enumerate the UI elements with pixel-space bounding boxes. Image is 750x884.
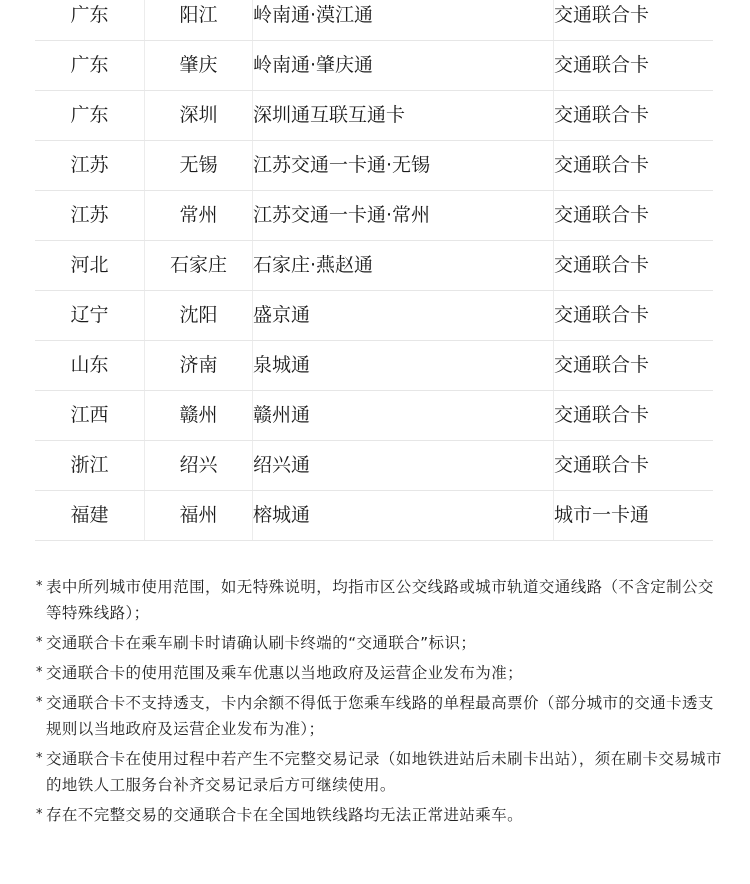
table-row: 广东 深圳 深圳通互联互通卡 交通联合卡 [35,91,713,141]
asterisk-marker: * [36,574,46,600]
province-cell: 江苏 [35,141,145,191]
province-cell: 辽宁 [35,291,145,341]
card-type-cell: 交通联合卡 [554,191,714,241]
province-cell: 福建 [35,491,145,541]
table-row: 江苏 无锡 江苏交通一卡通·无锡 交通联合卡 [35,141,713,191]
card-type-cell: 交通联合卡 [554,91,714,141]
table-row: 山东 济南 泉城通 交通联合卡 [35,341,713,391]
card-name-cell: 绍兴通 [253,441,554,491]
city-cell: 石家庄 [145,241,253,291]
city-cell: 阳江 [145,0,253,41]
card-type-cell: 交通联合卡 [554,341,714,391]
note-text: 交通联合卡的使用范围及乘车优惠以当地政府及运营企业发布为准； [46,664,523,682]
note-item: *表中所列城市使用范围，如无特殊说明，均指市区公交线路或城市轨道交通线路（不含定… [36,574,726,626]
note-item: *交通联合卡不支持透支，卡内余额不得低于您乘车线路的单程最高票价（部分城市的交通… [36,690,726,742]
note-text: 存在不完整交易的交通联合卡在全国地铁线路均无法正常进站乘车。 [46,806,523,824]
card-type-cell: 交通联合卡 [554,291,714,341]
province-cell: 江西 [35,391,145,441]
asterisk-marker: * [36,802,46,828]
note-text: 表中所列城市使用范围，如无特殊说明，均指市区公交线路或城市轨道交通线路（不含定制… [46,578,714,622]
card-type-cell: 交通联合卡 [554,0,714,41]
card-type-cell: 交通联合卡 [554,441,714,491]
card-type-cell: 交通联合卡 [554,41,714,91]
table-row: 辽宁 沈阳 盛京通 交通联合卡 [35,291,713,341]
card-name-cell: 盛京通 [253,291,554,341]
card-type-cell: 城市一卡通 [554,491,714,541]
notes-section: *表中所列城市使用范围，如无特殊说明，均指市区公交线路或城市轨道交通线路（不含定… [36,574,726,832]
card-city-table: 广东 阳江 岭南通·漠江通 交通联合卡 广东 肇庆 岭南通·肇庆通 交通联合卡 … [35,0,713,541]
city-cell: 常州 [145,191,253,241]
table-row: 江西 赣州 赣州通 交通联合卡 [35,391,713,441]
note-item: *交通联合卡在使用过程中若产生不完整交易记录（如地铁进站后未刷卡出站），须在刷卡… [36,746,726,798]
table-row: 广东 阳江 岭南通·漠江通 交通联合卡 [35,0,713,41]
city-cell: 肇庆 [145,41,253,91]
city-cell: 福州 [145,491,253,541]
province-cell: 广东 [35,0,145,41]
province-cell: 浙江 [35,441,145,491]
province-cell: 广东 [35,91,145,141]
card-name-cell: 岭南通·肇庆通 [253,41,554,91]
table-row: 浙江 绍兴 绍兴通 交通联合卡 [35,441,713,491]
note-text: 交通联合卡在使用过程中若产生不完整交易记录（如地铁进站后未刷卡出站），须在刷卡交… [46,750,722,794]
asterisk-marker: * [36,690,46,716]
card-city-table-container: 广东 阳江 岭南通·漠江通 交通联合卡 广东 肇庆 岭南通·肇庆通 交通联合卡 … [35,0,713,541]
province-cell: 山东 [35,341,145,391]
table-row: 江苏 常州 江苏交通一卡通·常州 交通联合卡 [35,191,713,241]
asterisk-marker: * [36,660,46,686]
province-cell: 江苏 [35,191,145,241]
card-name-cell: 泉城通 [253,341,554,391]
city-cell: 无锡 [145,141,253,191]
note-item: *存在不完整交易的交通联合卡在全国地铁线路均无法正常进站乘车。 [36,802,726,828]
card-name-cell: 岭南通·漠江通 [253,0,554,41]
table-row: 福建 福州 榕城通 城市一卡通 [35,491,713,541]
city-cell: 济南 [145,341,253,391]
card-type-cell: 交通联合卡 [554,141,714,191]
card-name-cell: 榕城通 [253,491,554,541]
note-text: 交通联合卡在乘车刷卡时请确认刷卡终端的“交通联合”标识； [46,634,476,652]
note-text: 交通联合卡不支持透支，卡内余额不得低于您乘车线路的单程最高票价（部分城市的交通卡… [46,694,714,738]
province-cell: 河北 [35,241,145,291]
card-name-cell: 石家庄·燕赵通 [253,241,554,291]
card-name-cell: 江苏交通一卡通·常州 [253,191,554,241]
city-cell: 深圳 [145,91,253,141]
table-row: 广东 肇庆 岭南通·肇庆通 交通联合卡 [35,41,713,91]
city-cell: 绍兴 [145,441,253,491]
card-name-cell: 赣州通 [253,391,554,441]
note-item: *交通联合卡的使用范围及乘车优惠以当地政府及运营企业发布为准； [36,660,726,686]
card-name-cell: 江苏交通一卡通·无锡 [253,141,554,191]
city-cell: 赣州 [145,391,253,441]
note-item: *交通联合卡在乘车刷卡时请确认刷卡终端的“交通联合”标识； [36,630,726,656]
asterisk-marker: * [36,630,46,656]
province-cell: 广东 [35,41,145,91]
card-type-cell: 交通联合卡 [554,241,714,291]
card-type-cell: 交通联合卡 [554,391,714,441]
table-row: 河北 石家庄 石家庄·燕赵通 交通联合卡 [35,241,713,291]
city-cell: 沈阳 [145,291,253,341]
asterisk-marker: * [36,746,46,772]
card-name-cell: 深圳通互联互通卡 [253,91,554,141]
